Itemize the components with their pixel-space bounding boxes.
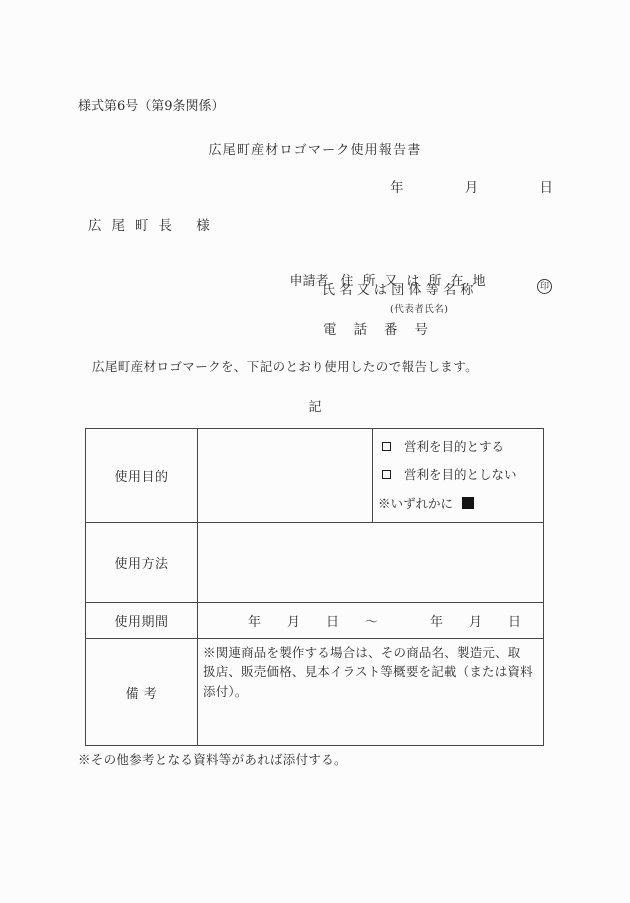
addressee: 広尾町長 様 (88, 214, 220, 234)
name-label: 氏名又は団体等名称 (322, 279, 478, 298)
document-title: 広尾町産材ロゴマーク使用報告書 (0, 139, 630, 158)
checkbox-option-profit[interactable]: 営利を目的とする (382, 437, 539, 455)
form-number: 様式第6号（第9条関係） (78, 95, 225, 114)
statement: 広尾町産材ロゴマークを、下記のとおり使用したので報告します。 (92, 357, 478, 375)
day-label: 日 (540, 176, 554, 196)
row-label-period: 使用期間 (86, 603, 198, 639)
table-row: 使用期間 年 月 日 ～ 年 月 日 (86, 603, 544, 639)
seal-icon: 印 (537, 279, 552, 294)
footer-note: ※その他参考となる資料等があれば添付する。 (78, 750, 347, 768)
date-line: 年 月 日 (390, 176, 553, 196)
table-row: 使用方法 (86, 523, 544, 603)
either-note-line: ※いずれかに (378, 494, 539, 512)
month-label: 月 (465, 176, 479, 196)
row-label-remarks: 備 考 (86, 639, 198, 746)
period-input-cell[interactable]: 年 月 日 ～ 年 月 日 (198, 603, 544, 639)
phone-label: 電話番号 (323, 318, 445, 338)
option-label: 営利を目的としない (404, 465, 517, 483)
year-label: 年 (390, 176, 404, 196)
checkbox-icon[interactable] (382, 470, 391, 479)
table-row: 備 考 ※関連商品を製作する場合は、その商品名、製造元、取扱店、販売価格、見本イ… (86, 639, 544, 746)
list-marker: 記 (0, 396, 630, 415)
either-note: ※いずれかに (378, 494, 453, 512)
row-label-method: 使用方法 (86, 523, 198, 603)
checkbox-option-nonprofit[interactable]: 営利を目的としない (382, 465, 539, 483)
option-label: 営利を目的とする (404, 437, 504, 455)
purpose-input-cell[interactable] (198, 429, 373, 523)
method-input-cell[interactable] (198, 523, 544, 603)
row-label-purpose: 使用目的 (86, 429, 198, 523)
usage-form-table: 使用目的 営利を目的とする 営利を目的としない ※いずれかに 使用方法 使用期間… (85, 428, 544, 746)
form-document: 様式第6号（第9条関係） 広尾町産材ロゴマーク使用報告書 年 月 日 広尾町長 … (0, 0, 630, 903)
filled-square-icon (462, 497, 474, 509)
checkbox-icon[interactable] (382, 442, 391, 451)
table-row: 使用目的 営利を目的とする 営利を目的としない ※いずれかに (86, 429, 544, 523)
representative-label: (代表者氏名) (390, 301, 448, 315)
remarks-note-cell: ※関連商品を製作する場合は、その商品名、製造元、取扱店、販売価格、見本イラスト等… (198, 639, 544, 746)
purpose-options-cell: 営利を目的とする 営利を目的としない ※いずれかに (373, 429, 544, 523)
